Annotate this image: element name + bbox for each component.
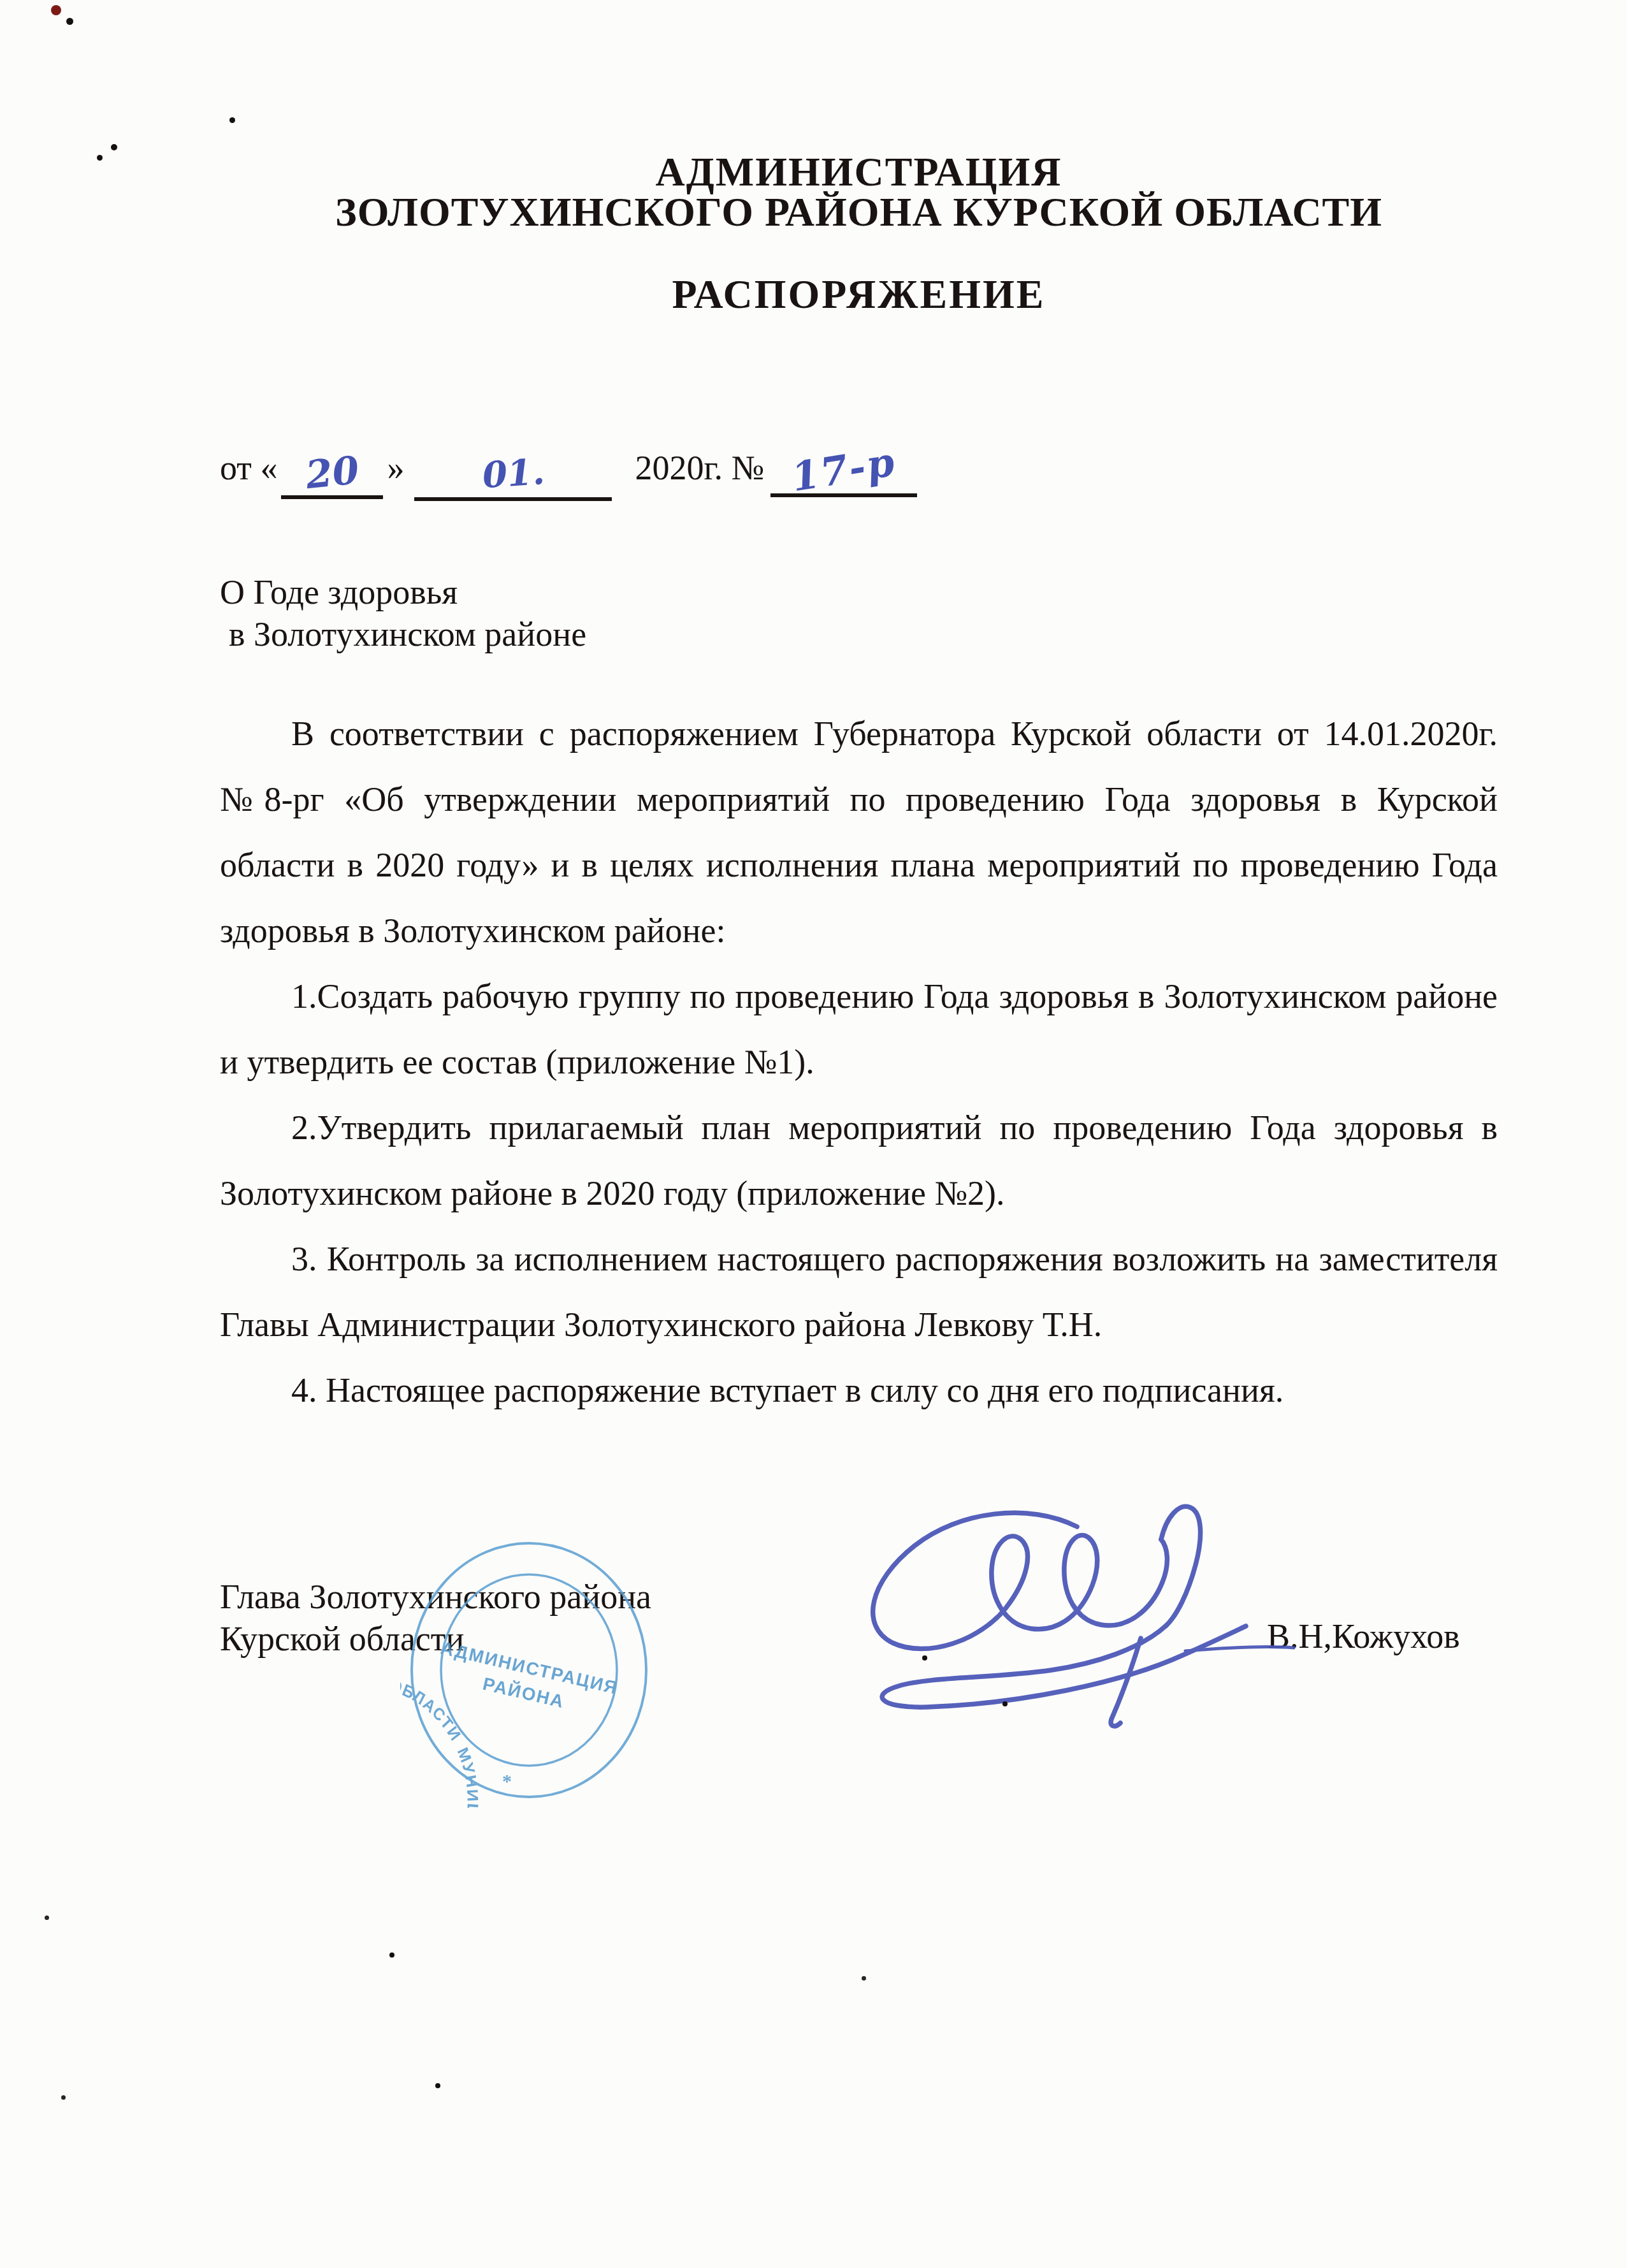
signature-stroke [882,1625,1246,1707]
day-blank: 20 [281,453,383,499]
subject-line2: в Золотухинском районе [220,613,586,655]
org-name-line2: ЗОЛОТУХИНСКОГО РАЙОНА КУРСКОЙ ОБЛАСТИ [220,189,1498,236]
document-type-title: РАСПОРЯЖЕНИЕ [220,271,1498,318]
body-paragraph: В соответствии с распоряжением Губернато… [220,701,1498,964]
number-blank: 17-р [770,451,917,497]
subject-block: О Годе здоровья в Золотухинском районе [220,571,586,655]
official-stamp: МУНИЦИПАЛЬНЫЙ РАЙОН «ЗОЛОТУХИНСКИЙ РАЙОН… [400,1532,658,1808]
scanned-document-page: АДМИНИСТРАЦИЯ ЗОЛОТУХИНСКОГО РАЙОНА КУРС… [0,0,1627,2268]
body-paragraph: 3. Контроль за исполнением настоящего ра… [220,1226,1498,1358]
scan-speck [61,2095,66,2100]
body-paragraph: 1.Создать рабочую группу по проведению Г… [220,964,1498,1095]
scan-speck [45,1915,49,1920]
scan-speck [862,1976,866,1981]
scan-speck [1002,1701,1008,1706]
scan-speck [389,1952,394,1958]
handwritten-month: 01. [481,451,546,497]
signature-stroke [873,1513,1168,1648]
scan-speck [97,155,103,161]
signature-scrawl [809,1488,1338,1737]
date-prefix: от « [220,449,277,487]
scan-speck [435,2083,440,2088]
handwritten-day: 20 [303,448,361,498]
handwritten-number: 17-р [789,439,899,501]
scan-speck [66,18,73,25]
month-blank: 01. [414,455,612,501]
date-line: от «20»01.2020г. №17-р [220,448,917,501]
scan-speck [229,117,235,123]
stamp-center-text: АДМИНИСТРАЦИЯ РАЙОНА [433,1638,620,1722]
scan-speck [51,5,61,15]
body-text: В соответствии с распоряжением Губернато… [220,701,1498,1423]
body-paragraph: 4. Настоящее распоряжение вступает в сил… [220,1358,1498,1423]
scan-speck [922,1655,927,1661]
body-paragraph: 2.Утвердить прилагаемый план мероприятий… [220,1095,1498,1226]
subject-line1: О Годе здоровья [220,571,586,613]
scan-speck [111,144,117,150]
close-quote: » [387,449,404,487]
year-and-number-label: 2020г. № [635,449,764,487]
stamp-bottom-star: * [502,1771,512,1792]
